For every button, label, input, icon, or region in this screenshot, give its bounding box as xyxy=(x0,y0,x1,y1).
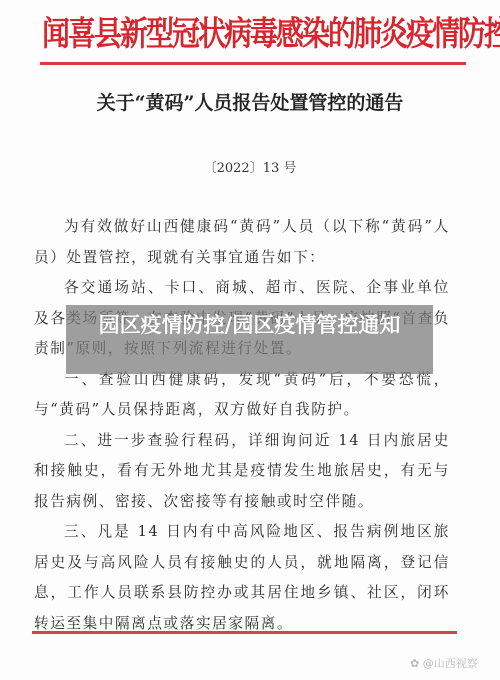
watermark-text: @山西视察 xyxy=(423,657,478,670)
paragraph-step-2: 二、进一步查验行程码，详细询问近 14 日内旅居史和接触史，看有无外地尤其是疫情… xyxy=(34,426,450,518)
issuer-masthead: 闻喜县新型冠状病毒感染的肺炎疫情防控指挥部办公室 xyxy=(42,8,462,61)
red-rule-bottom xyxy=(32,631,457,634)
paragraph-step-3: 三、凡是 14 日内有中高风险地区、报告病例地区旅居史及与高风险人员有接触史的人… xyxy=(34,517,450,639)
paragraph-intro: 为有效做好山西健康码“黄码”人员（以下称“黄码”人员）处置管控，现就有关事宜通告… xyxy=(34,212,450,273)
document-number: 〔2022〕13 号 xyxy=(0,157,500,176)
source-watermark: ✿ @山西视察 xyxy=(410,655,478,671)
paw-icon: ✿ xyxy=(410,657,419,670)
overlay-caption: 园区疫情防控/园区疫情管控通知 xyxy=(99,313,401,337)
notice-body: 为有效做好山西健康码“黄码”人员（以下称“黄码”人员）处置管控，现就有关事宜通告… xyxy=(34,212,450,639)
red-rule-top xyxy=(40,62,466,65)
document-page: 闻喜县新型冠状病毒感染的肺炎疫情防控指挥部办公室 关于“黄码”人员报告处置管控的… xyxy=(0,0,500,680)
caption-overlay: 园区疫情防控/园区疫情管控通知 xyxy=(66,305,433,374)
notice-title: 关于“黄码”人员报告处置管控的通告 xyxy=(0,88,500,115)
